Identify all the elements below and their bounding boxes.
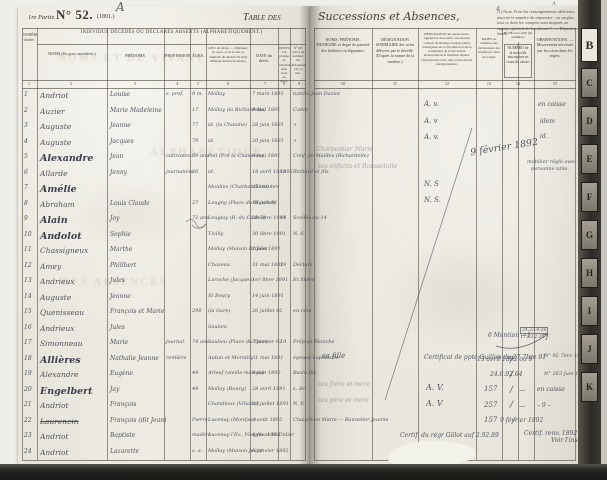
- table-row: 21 Andriot François Chandioux (Villatte)…: [22, 398, 306, 414]
- row-name: Laurencin: [40, 417, 79, 426]
- column-number: 14: [516, 81, 520, 86]
- row-place: Mollay (Bourg): [208, 386, 246, 392]
- row-renvoi: 19: [280, 339, 286, 345]
- handwritten-entry: id.: [540, 133, 548, 140]
- row-number: 9: [24, 215, 28, 222]
- inner-box-numero: NUMÉRO de la nouvelle inscription en cou…: [504, 44, 532, 78]
- column-number: 13: [487, 81, 491, 86]
- column-number: 1: [28, 81, 30, 86]
- row-date: 2 juin 1891: [252, 246, 281, 252]
- table-title-left: Table des: [243, 12, 281, 23]
- row-number: 10: [24, 231, 32, 238]
- rule: [575, 28, 576, 460]
- table-row: 24 Andriot Lazarette s. a. Mollay (Maiso…: [22, 445, 306, 461]
- row-age: 77: [192, 122, 198, 128]
- row-note: N. V.: [293, 401, 305, 407]
- row-firstname: Jeanne: [110, 122, 131, 129]
- row-renvoi: 19: [280, 262, 286, 268]
- handwritten-entry: Certif. du régr Gillot auf 2.92.89: [400, 432, 499, 439]
- handwritten-entry: A. V: [426, 399, 443, 408]
- row-name: Amélie: [40, 184, 77, 195]
- row-number: 15: [24, 308, 32, 315]
- row-note: +: [293, 138, 297, 144]
- col-header-numero-sommier: N° DE renvoi au sommier des déclarations…: [290, 45, 306, 76]
- row-number: 8: [24, 200, 28, 207]
- col-header-prenoms: PRÉNOMS.: [107, 52, 164, 59]
- row-number: 23: [24, 432, 32, 439]
- rule: [476, 28, 477, 460]
- row-number: 14: [24, 293, 32, 300]
- row-age: Pierre: [192, 417, 208, 423]
- table-row: 2 Auzier Marie Madeleine 17 Mollay (la R…: [22, 104, 306, 120]
- row-age: 9 m.: [192, 91, 203, 97]
- table-row: 12 Amey Philibert Chazeau 31 mai 1891 19…: [22, 259, 306, 275]
- handwritten-entry: 13 avril 1892 ou 9: [477, 356, 533, 363]
- col-header-renvoi: RENVOI à la colonne de l'ancienne table …: [278, 45, 290, 84]
- row-date: 26 juillet 92: [252, 308, 282, 314]
- rule: [372, 28, 373, 460]
- col-header-observations: OBSERVATIONS. — Mouvement nécessité par …: [534, 36, 576, 60]
- row-number: 7: [24, 184, 28, 191]
- row-age: 79: [192, 138, 198, 144]
- handwritten-entry: en caisse: [537, 386, 565, 393]
- row-name: Alexandre: [40, 370, 79, 379]
- row-number: 4: [24, 138, 28, 145]
- alphabet-tab: H: [581, 258, 598, 288]
- row-firstname: Philibert: [110, 262, 136, 269]
- row-profession: rentière: [166, 355, 187, 361]
- scan-edge: [601, 0, 607, 464]
- handwritten-entry: 24.6.92.64: [490, 371, 522, 378]
- row-number: 16: [24, 324, 32, 331]
- row-note: Bazin fils: [293, 370, 316, 376]
- row-age: 27: [192, 200, 198, 206]
- rule: [418, 28, 419, 460]
- row-number: 22: [24, 417, 32, 424]
- row-name: Quenisseau: [40, 308, 84, 317]
- row-date: 4 fév. 1892: [252, 432, 280, 438]
- handwritten-entry: A. v.: [424, 100, 439, 108]
- column-number: 3: [134, 81, 136, 86]
- table-row: 20 Engelbert Jay 49 Mollay (Bourg) 28 av…: [22, 383, 306, 399]
- table-row: 13 Andrieux Jules Laroche (Jacques) 1er …: [22, 274, 306, 290]
- row-note: s. de: [293, 386, 305, 392]
- column-number: 4: [176, 81, 178, 86]
- table-row: 10 Andolot Sophie Tivilly 30 8bre 1891 N…: [22, 228, 306, 244]
- column-number: 9: [298, 81, 300, 86]
- row-name: Auzier: [40, 107, 65, 116]
- row-note: Déclaré: [293, 262, 313, 268]
- row-date: 28 avril 1891: [252, 386, 286, 392]
- row-note: Cadet: [293, 107, 308, 113]
- row-note: +: [293, 122, 297, 128]
- alphabet-tab: G: [581, 220, 598, 250]
- table-row: 15 Quenisseau François et Marie 298 (la …: [22, 305, 306, 321]
- row-firstname: Jules: [110, 277, 125, 284]
- column-number: 5: [197, 81, 199, 86]
- row-name: Andolot: [40, 231, 82, 242]
- table-row: 18 Allières Nathalie Jeanne rentière Aut…: [22, 352, 306, 368]
- table-row: 1 Andriot Louise s. prof. 9 m. Mollay 7 …: [22, 88, 306, 104]
- handwritten-entry: ses père et mère: [318, 397, 369, 404]
- table-row: 19 Alexandre Eugène 44 Arleuf (vieille m…: [22, 367, 306, 383]
- row-date: 31 mai 1891: [252, 262, 284, 268]
- col-header-noms: NOMS (En gros caractères.): [37, 50, 107, 57]
- table-row: 17 Simonneau Marie journal. 74 ans Sauli…: [22, 336, 306, 352]
- row-name: Simonneau: [40, 339, 83, 348]
- table-row: 22 Laurencin François (dit Jean) Pierre …: [22, 414, 306, 430]
- row-name: Abraham: [40, 200, 75, 209]
- handwritten-entry: idem: [540, 118, 555, 125]
- letter-annotation: A: [116, 0, 125, 14]
- col-header-designation: DÉSIGNATION des quotes-parts ; l'apparit…: [418, 31, 476, 67]
- table-row: 11 Chassigneux Marthe Mollay (Maison Brû…: [22, 243, 306, 259]
- row-place: Chazeau: [208, 262, 230, 268]
- table-row: 7 Amélie Moulins (Charbonnière) 25 octob…: [22, 181, 306, 197]
- row-name: Amey: [40, 262, 61, 271]
- col-header-heritiers: NOMS, PRÉNOMS, DEMEURE et degré de paren…: [314, 36, 372, 54]
- col-header-lieu: LIEU du décès. — (Indiquer, en outre, si…: [206, 45, 250, 65]
- handwritten-entry: 157: [484, 416, 497, 424]
- alphabet-tab: K: [581, 372, 598, 402]
- row-age: 74 ans: [192, 339, 209, 345]
- col-header-professions: PROFESSIONS.: [164, 52, 190, 59]
- row-firstname: Lazarette: [110, 448, 139, 455]
- handwritten-entry: N. S: [424, 180, 439, 188]
- left-rows: 1 Andriot Louise s. prof. 9 m. Mollay 7 …: [22, 88, 306, 460]
- col-header-date: DATE du décès.: [250, 52, 278, 65]
- row-age: 28: [192, 169, 198, 175]
- col-header-case-sommier: N° DE LA CASE (du sommier.): [502, 30, 534, 41]
- row-date: 30 8bre 1891: [252, 231, 286, 237]
- row-name: Andrieux: [40, 324, 75, 333]
- rule: [22, 460, 306, 461]
- row-date: 9 mai 1891: [252, 107, 280, 113]
- row-firstname: François et Marie: [110, 308, 164, 315]
- row-age: s. a.: [192, 448, 202, 454]
- year-label: (1891.): [97, 14, 115, 20]
- row-date: 4 juin 1892: [252, 370, 281, 376]
- row-name: Andriot: [40, 401, 69, 410]
- row-firstname: Nathalie Jeanne: [110, 355, 159, 362]
- handwritten-entry: ses enfants et Rousselotte: [318, 163, 398, 170]
- table-row: 8 Abraham Louis Claude 27 Leugny (Place …: [22, 197, 306, 213]
- rule: [502, 28, 503, 460]
- handwritten-entry: Certif. renv. 1892: [524, 430, 577, 437]
- handwritten-entry: sa fille: [322, 352, 345, 360]
- row-note: en côte: [293, 308, 312, 314]
- row-place: id.: [208, 169, 214, 175]
- handwritten-entry: – 9 –: [537, 402, 551, 409]
- table-row: 23 Andriot Baptiste madère Lucenay-l'Év.…: [22, 429, 306, 445]
- handwritten-entry: 17.23.2.16: [520, 335, 544, 340]
- rule: [314, 88, 576, 89]
- row-firstname: Sophie: [110, 231, 131, 238]
- handwritten-entry: personne utile.: [531, 166, 569, 172]
- row-age: 44: [192, 370, 198, 376]
- handwritten-entry: ∕: [510, 400, 513, 410]
- row-firstname: Eugène: [110, 370, 133, 377]
- row-number: 24: [24, 448, 32, 455]
- row-place: Autun et Mornilly: [208, 355, 253, 361]
- handwritten-entry: ∕: [510, 355, 513, 365]
- row-place: Saulieu: [208, 324, 227, 330]
- alphabet-tab: C: [581, 68, 598, 98]
- row-number: 2: [24, 107, 28, 114]
- row-date: 14 juin 1891: [252, 293, 284, 299]
- table-title-right: Successions et Absences,: [318, 10, 460, 23]
- row-number: 18: [24, 355, 32, 362]
- alphabet-tab: E: [581, 144, 598, 174]
- handwritten-entry: A. v: [424, 117, 437, 125]
- row-age: 49: [192, 386, 198, 392]
- row-date: 20 juin 1891: [252, 138, 284, 144]
- part-label: 1re Partie.: [28, 14, 56, 21]
- form-number: N° 52.: [56, 7, 93, 23]
- handwritten-entry: Charpentier Marie: [316, 146, 373, 153]
- alphabet-tab: I: [581, 296, 598, 326]
- column-number: 7: [264, 81, 266, 86]
- alphabet-tab: D: [581, 106, 598, 136]
- row-date: 6 janvier 1892: [252, 448, 289, 454]
- row-firstname: Marie Madeleine: [110, 107, 162, 114]
- row-date: 23 juillet 1891: [252, 401, 289, 407]
- row-name: Alexandre: [40, 153, 93, 164]
- column-number: 11: [393, 81, 397, 86]
- alphabet-tab: J: [581, 334, 598, 364]
- row-number: 1: [24, 91, 28, 98]
- row-profession: journal.: [166, 339, 186, 345]
- row-firstname: Jenny: [110, 169, 127, 176]
- row-firstname: Marthe: [110, 246, 132, 253]
- row-name: Engelbert: [40, 386, 93, 397]
- row-number: 21: [24, 401, 32, 408]
- col-header-numeros: NUMÉROS d'ordre.: [22, 32, 37, 80]
- row-profession: cultivateur: [166, 153, 194, 159]
- handwritten-entry: ∕: [510, 370, 513, 380]
- row-date: 18 juin 91: [252, 200, 278, 206]
- row-name: Andriot: [40, 91, 69, 100]
- table-row: 14 Auguste Jeanne St Beury 14 juin 1891: [22, 290, 306, 306]
- row-firstname: Jay: [110, 386, 119, 393]
- row-number: 17: [24, 339, 32, 346]
- row-firstname: Jules: [110, 324, 125, 331]
- column-number: 6: [227, 81, 229, 86]
- row-firstname: Jeanne: [110, 293, 131, 300]
- table-row: 6 Allarde Jenny journalière 28 id. 18 av…: [22, 166, 306, 182]
- row-place: (la Gare): [208, 308, 230, 314]
- row-number: 12: [24, 262, 32, 269]
- handwritten-entry: 24.23.4.16: [520, 327, 548, 334]
- handwritten-entry: 9 février 1892: [500, 417, 543, 424]
- table-row: 3 Auguste Jeanne 77 id. (la Chaume) 28 j…: [22, 119, 306, 135]
- handwritten-entry: —: [519, 387, 525, 394]
- row-name: Allières: [40, 355, 81, 366]
- row-name: Alain: [40, 215, 68, 226]
- scanned-register-spread: 1re Partie. N° 52. (1891.) A Table des S…: [0, 0, 607, 480]
- row-firstname: François (dit Jean): [110, 417, 167, 424]
- handwritten-entry: 257: [484, 401, 497, 409]
- row-date: 7 mars 1891: [252, 91, 284, 97]
- alphabet-tab: F: [581, 182, 598, 212]
- column-number: 12: [445, 81, 449, 86]
- row-age: 59 ans: [192, 153, 209, 159]
- handwritten-entry: —: [519, 403, 525, 410]
- row-date: 3 août 1892: [252, 417, 282, 423]
- row-date: 1er 8bre 1891: [252, 277, 288, 283]
- table-row: 9 Alain Joy 72 ans Leuglay (R. du Casino…: [22, 212, 306, 228]
- column-number: 10: [341, 81, 345, 86]
- row-number: 13: [24, 277, 32, 284]
- row-profession: s. prof.: [166, 91, 184, 97]
- column-number: 15: [553, 81, 557, 86]
- row-age: 298: [192, 308, 202, 314]
- handwritten-entry: ∕: [512, 416, 515, 426]
- handwritten-entry: en caisse: [538, 101, 566, 108]
- row-number: 20: [24, 386, 32, 393]
- row-name: Auguste: [40, 293, 71, 302]
- row-renvoi: 1892: [280, 169, 293, 175]
- table-row: 4 Auguste Jacques 79 id. 20 juin 1891 +: [22, 135, 306, 151]
- rule: [37, 44, 306, 45]
- row-renvoi: 14: [280, 215, 286, 221]
- row-place: Lucenay (Montjeu): [208, 417, 256, 423]
- row-firstname: Louise: [110, 91, 130, 98]
- col-header-ages: ÂGES.: [190, 52, 206, 59]
- row-place: Mollay: [208, 91, 225, 97]
- row-firstname: Joy: [110, 215, 119, 222]
- column-number: 8: [283, 81, 285, 86]
- left-table: INDIVIDUS DÉCÉDÉS OU DÉCLARÉS ABSENTS (A…: [22, 28, 306, 462]
- row-place: id. (la Chaume): [208, 122, 247, 128]
- row-date: 25 octobre: [252, 184, 279, 190]
- row-firstname: Baptiste: [110, 432, 135, 439]
- row-profession: journalière: [166, 169, 194, 175]
- row-number: 6: [24, 169, 28, 176]
- row-name: Allarde: [40, 169, 68, 178]
- handwritten-entry: A. v.: [424, 133, 439, 141]
- handwritten-entry: 157: [484, 385, 497, 393]
- col-header-actes: DÉSIGNATION SOMMAIRE des actes délivrés …: [372, 36, 418, 65]
- rule: [314, 28, 315, 460]
- alphabet-tab-strip: BCDEFGHIJK: [578, 0, 601, 466]
- pencil-mark: A: [552, 1, 556, 7]
- scan-background: [0, 464, 607, 480]
- row-name: Chassigneux: [40, 246, 88, 255]
- row-number: 19: [24, 370, 32, 377]
- table-row: 16 Andrieux Jules Saulieu: [22, 321, 306, 337]
- row-place: Laroche (Jacques): [208, 277, 254, 283]
- row-name: Auguste: [40, 122, 71, 131]
- row-age: 17: [192, 107, 198, 113]
- row-date: 9 mai 1891: [252, 153, 280, 159]
- row-firstname: François: [110, 401, 136, 408]
- row-place: St Beury: [208, 293, 230, 299]
- row-place: Tivilly: [208, 231, 223, 237]
- row-date: 31 mai 1891: [252, 355, 284, 361]
- row-number: 11: [24, 246, 32, 253]
- row-name: Andriot: [40, 448, 69, 457]
- alphabet-tab: B: [581, 28, 598, 62]
- row-number: 3: [24, 122, 28, 129]
- row-note: Et libéré: [293, 277, 315, 283]
- row-age: 72 ans: [192, 215, 209, 221]
- rule: [314, 28, 576, 29]
- column-number: 2: [70, 81, 72, 86]
- row-firstname: Jacques: [110, 138, 134, 145]
- row-firstname: Jean: [110, 153, 123, 160]
- row-date: 7 janvier 92: [252, 339, 282, 345]
- row-number: 5: [24, 153, 28, 160]
- row-note: N. S.: [293, 231, 305, 237]
- row-date: 28 juin 1891: [252, 122, 284, 128]
- table-row: 5 Alexandre Jean cultivateur 59 ans Poil…: [22, 150, 306, 166]
- rule: [534, 28, 535, 460]
- rule: [518, 42, 519, 460]
- row-name: Andrieux: [40, 277, 75, 286]
- row-name: Andriot: [40, 432, 69, 441]
- col-header-dates-declarations: DATES ou numéros des déclarations des mu…: [476, 36, 502, 60]
- row-firstname: Marie: [110, 339, 128, 346]
- handwritten-entry: N. S.: [424, 196, 441, 204]
- row-firstname: Louis Claude: [110, 200, 150, 207]
- row-name: Auguste: [40, 138, 71, 147]
- handwritten-entry: ses frère et mère: [318, 381, 370, 388]
- left-band-title: INDIVIDUS DÉCÉDÉS OU DÉCLARÉS ABSENTS (A…: [37, 30, 306, 35]
- handwritten-entry: A. V.: [426, 383, 444, 392]
- row-place: id.: [208, 138, 214, 144]
- handwritten-entry: ∕: [510, 385, 513, 395]
